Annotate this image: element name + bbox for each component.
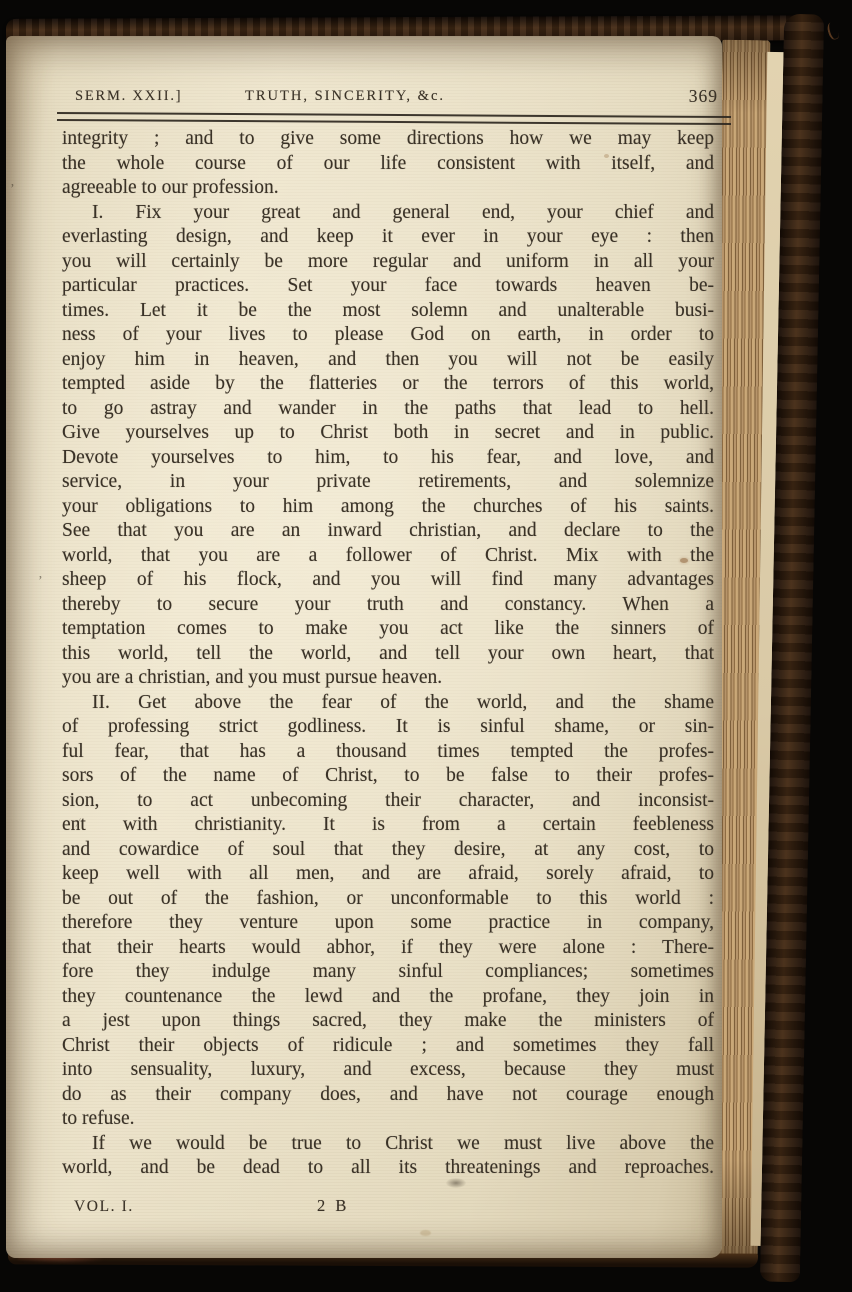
- text-line: your obligations to him among the church…: [62, 495, 714, 520]
- text-line: II. Get above the fear of the world, and…: [62, 691, 714, 716]
- running-head: SERM. XXII.] TRUTH, SINCERITY, &c. 369: [62, 86, 718, 108]
- ink-smudge: [446, 1178, 466, 1188]
- text-line: tempted aside by the flatteries or the t…: [62, 372, 714, 397]
- text-line: world, and be dead to all its threatenin…: [62, 1156, 714, 1181]
- text-line: this world, tell the world, and tell you…: [62, 642, 714, 667]
- header-double-rule: [57, 112, 731, 125]
- text-line: temptation comes to make you act like th…: [62, 617, 714, 642]
- text-line: ness of your lives to please God on eart…: [62, 323, 714, 348]
- text-line: I. Fix your great and general end, your …: [62, 201, 714, 226]
- foxing-spot: [420, 1230, 431, 1236]
- text-line: Devote yourselves to him, to his fear, a…: [62, 446, 714, 471]
- page-number: 369: [689, 86, 718, 107]
- foxing-spot: [680, 558, 688, 563]
- text-line: integrity ; and to give some directions …: [62, 127, 714, 152]
- text-line: you will certainly be more regular and u…: [62, 250, 714, 275]
- text-line: of professing strict godliness. It is si…: [62, 715, 714, 740]
- body-text: integrity ; and to give some directions …: [62, 127, 714, 1181]
- text-line: a jest upon things sacred, they make the…: [62, 1009, 714, 1034]
- running-head-title: TRUTH, SINCERITY, &c.: [245, 88, 445, 105]
- text-line: sion, to act unbecoming their character,…: [62, 789, 714, 814]
- running-head-sermon-number: SERM. XXII.]: [75, 88, 182, 105]
- text-line: the whole course of our life consistent …: [62, 152, 714, 177]
- margin-mark: ’: [10, 182, 15, 198]
- press-signature: 2 B: [317, 1196, 349, 1216]
- text-line: everlasting design, and keep it ever in …: [62, 225, 714, 250]
- text-line: agreeable to our profession.: [62, 176, 714, 201]
- text-line: ful fear, that has a thousand times temp…: [62, 740, 714, 765]
- book-page: SERM. XXII.] TRUTH, SINCERITY, &c. 369 i…: [6, 36, 722, 1258]
- text-line: sors of the name of Christ, to be false …: [62, 764, 714, 789]
- text-line: Give yourselves up to Christ both in sec…: [62, 421, 714, 446]
- text-line: you are a christian, and you must pursue…: [62, 666, 714, 691]
- text-line: keep well with all men, and are afraid, …: [62, 862, 714, 887]
- volume-label: VOL. I.: [74, 1198, 134, 1216]
- text-line: ent with christianity. It is from a cert…: [62, 813, 714, 838]
- margin-mark: ’: [38, 574, 43, 590]
- text-line: thereby to secure your truth and constan…: [62, 593, 714, 618]
- text-line: fore they indulge many sinful compliance…: [62, 960, 714, 985]
- text-line: into sensuality, luxury, and excess, bec…: [62, 1058, 714, 1083]
- text-line: Christ their objects of ridicule ; and s…: [62, 1034, 714, 1059]
- text-line: If we would be true to Christ we must li…: [62, 1132, 714, 1157]
- page-footer: VOL. I. 2 B: [62, 1196, 714, 1220]
- foxing-spot: [604, 154, 609, 158]
- text-line: they countenance the lewd and the profan…: [62, 985, 714, 1010]
- text-line: particular practices. Set your face towa…: [62, 274, 714, 299]
- text-line: that their hearts would abhor, if they w…: [62, 936, 714, 961]
- text-line: sheep of his flock, and you will find ma…: [62, 568, 714, 593]
- text-line: times. Let it be the most solemn and una…: [62, 299, 714, 324]
- text-line: to go astray and wander in the paths tha…: [62, 397, 714, 422]
- text-line: enjoy him in heaven, and then you will n…: [62, 348, 714, 373]
- text-line: See that you are an inward christian, an…: [62, 519, 714, 544]
- text-line: be out of the fashion, or unconformable …: [62, 887, 714, 912]
- text-line: service, in your private retirements, an…: [62, 470, 714, 495]
- book-photo: SERM. XXII.] TRUTH, SINCERITY, &c. 369 i…: [0, 0, 852, 1292]
- text-line: and cowardice of soul that they desire, …: [62, 838, 714, 863]
- text-line: to refuse.: [62, 1107, 714, 1132]
- text-line: do as their company does, and have not c…: [62, 1083, 714, 1108]
- stray-ink-mark: [825, 21, 840, 41]
- text-line: therefore they venture upon some practic…: [62, 911, 714, 936]
- text-line: world, that you are a follower of Christ…: [62, 544, 714, 569]
